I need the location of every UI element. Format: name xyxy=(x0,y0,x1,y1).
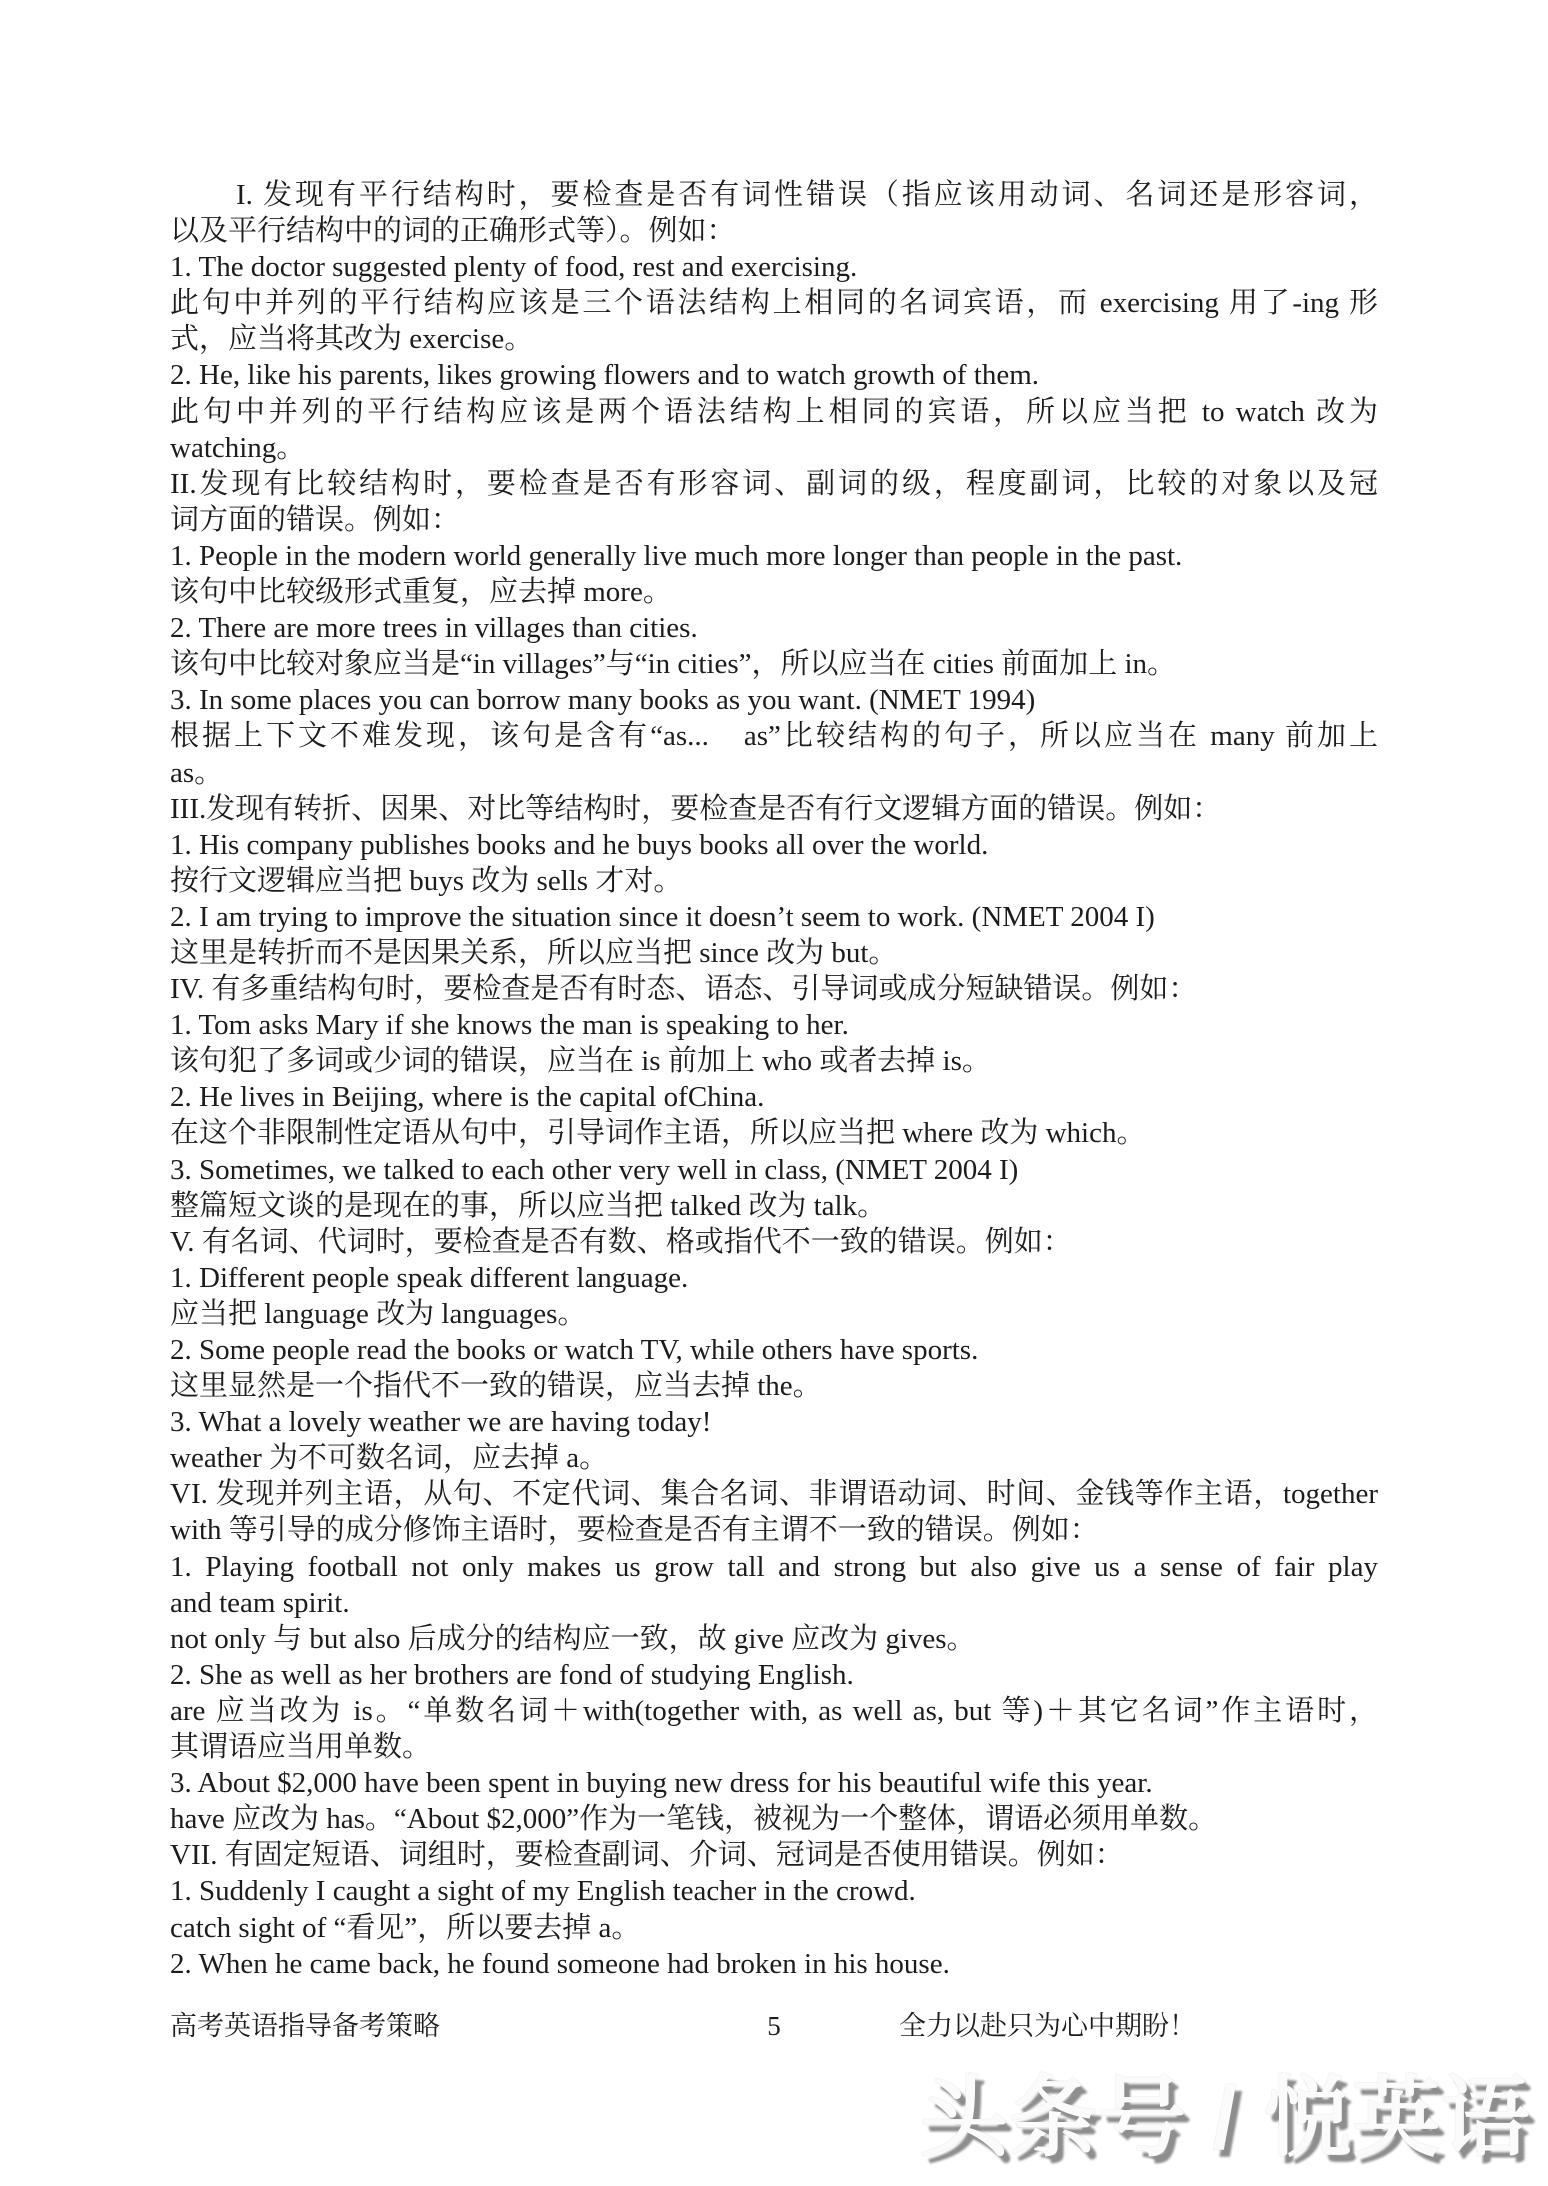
text-line: not only 与 but also 后成分的结构应一致，故 give 应改为… xyxy=(170,1621,1378,1657)
text-line: have 应改为 has。“About $2,000”作为一笔钱，被视为一个整体… xyxy=(170,1801,1378,1837)
text-line: VI. 发现并列主语，从句、不定代词、集合名词、非谓语动词、时间、金钱等作主语，… xyxy=(170,1476,1378,1512)
text-line: 3. What a lovely weather we are having t… xyxy=(170,1404,1378,1440)
text-line: watching。 xyxy=(170,430,1378,466)
text-line: 整篇短文谈的是现在的事，所以应当把 talked 改为 talk。 xyxy=(170,1188,1378,1224)
text-line: and team spirit. xyxy=(170,1585,1378,1621)
document-page: I. 发现有平行结构时，要检查是否有词性错误（指应该用动词、名词还是形容词，以及… xyxy=(0,0,1548,2186)
text-line: 该句中比较级形式重复，应去掉 more。 xyxy=(170,574,1378,610)
text-line: are 应当改为 is。“单数名词＋with(together with, as… xyxy=(170,1693,1378,1729)
text-line: 这里显然是一个指代不一致的错误，应当去掉 the。 xyxy=(170,1368,1378,1404)
text-line: 3. Sometimes, we talked to each other ve… xyxy=(170,1152,1378,1188)
footer-motto: 全力以赴只为心中期盼！ xyxy=(899,2008,1196,2044)
text-line: 根据上下文不难发现，该句是含有“as... as”比较结构的句子，所以应当在 m… xyxy=(170,718,1378,754)
text-line: 3. In some places you can borrow many bo… xyxy=(170,682,1378,718)
text-line: 2. When he came back, he found someone h… xyxy=(170,1946,1378,1982)
document-body: I. 发现有平行结构时，要检查是否有词性错误（指应该用动词、名词还是形容词，以及… xyxy=(170,177,1378,1982)
text-line: 该句犯了多词或少词的错误，应当在 is 前加上 who 或者去掉 is。 xyxy=(170,1043,1378,1079)
text-line: IV. 有多重结构句时，要检查是否有时态、语态、引导词或成分短缺错误。例如： xyxy=(170,971,1378,1007)
text-line: 1. Suddenly I caught a sight of my Engli… xyxy=(170,1873,1378,1909)
text-line: 这里是转折而不是因果关系，所以应当把 since 改为 but。 xyxy=(170,935,1378,971)
text-line: as。 xyxy=(170,755,1378,791)
text-line: 该句中比较对象应当是“in villages”与“in cities”，所以应当… xyxy=(170,646,1378,682)
text-line: 在这个非限制性定语从句中，引导词作主语，所以应当把 where 改为 which… xyxy=(170,1115,1378,1151)
text-line: VII. 有固定短语、词组时，要检查副词、介词、冠词是否使用错误。例如： xyxy=(170,1837,1378,1873)
text-line: 1. People in the modern world generally … xyxy=(170,538,1378,574)
text-line: 2. I am trying to improve the situation … xyxy=(170,899,1378,935)
text-line: 其谓语应当用单数。 xyxy=(170,1729,1378,1765)
text-line: 2. He, like his parents, likes growing f… xyxy=(170,357,1378,393)
text-line: 以及平行结构中的词的正确形式等）。例如： xyxy=(170,213,1378,249)
text-line: 式，应当将其改为 exercise。 xyxy=(170,321,1378,357)
text-line: II.发现有比较结构时，要检查是否有形容词、副词的级，程度副词，比较的对象以及冠 xyxy=(170,466,1378,502)
text-line: 1. Tom asks Mary if she knows the man is… xyxy=(170,1007,1378,1043)
text-line: III.发现有转折、因果、对比等结构时，要检查是否有行文逻辑方面的错误。例如： xyxy=(170,791,1378,827)
text-line: 按行文逻辑应当把 buys 改为 sells 才对。 xyxy=(170,863,1378,899)
text-line: 此句中并列的平行结构应该是两个语法结构上相同的宾语，所以应当把 to watch… xyxy=(170,394,1378,430)
text-line: 2. He lives in Beijing, where is the cap… xyxy=(170,1079,1378,1115)
text-line: weather 为不可数名词，应去掉 a。 xyxy=(170,1440,1378,1476)
text-line: 1. Different people speak different lang… xyxy=(170,1260,1378,1296)
text-line: 词方面的错误。例如： xyxy=(170,502,1378,538)
text-line: 应当把 language 改为 languages。 xyxy=(170,1296,1378,1332)
text-line: 2. Some people read the books or watch T… xyxy=(170,1332,1378,1368)
page-footer: 高考英语指导备考策略 5 全力以赴只为心中期盼！ xyxy=(170,2008,1378,2044)
text-line: 3. About $2,000 have been spent in buyin… xyxy=(170,1765,1378,1801)
text-line: 1. The doctor suggested plenty of food, … xyxy=(170,249,1378,285)
text-line: 此句中并列的平行结构应该是三个语法结构上相同的名词宾语，而 exercising… xyxy=(170,285,1378,321)
toutiao-watermark: 头条号 / 悦英语 xyxy=(920,2068,1530,2168)
text-line: catch sight of “看见”，所以要去掉 a。 xyxy=(170,1910,1378,1946)
text-line: 2. There are more trees in villages than… xyxy=(170,610,1378,646)
text-line: V. 有名词、代词时，要检查是否有数、格或指代不一致的错误。例如： xyxy=(170,1224,1378,1260)
text-line: 1. His company publishes books and he bu… xyxy=(170,827,1378,863)
text-line: 2. She as well as her brothers are fond … xyxy=(170,1657,1378,1693)
text-line: I. 发现有平行结构时，要检查是否有词性错误（指应该用动词、名词还是形容词， xyxy=(170,177,1378,213)
text-line: 1. Playing football not only makes us gr… xyxy=(170,1549,1378,1585)
text-line: with 等引导的成分修饰主语时，要检查是否有主谓不一致的错误。例如： xyxy=(170,1512,1378,1548)
footer-page-number: 5 xyxy=(170,2008,1378,2044)
